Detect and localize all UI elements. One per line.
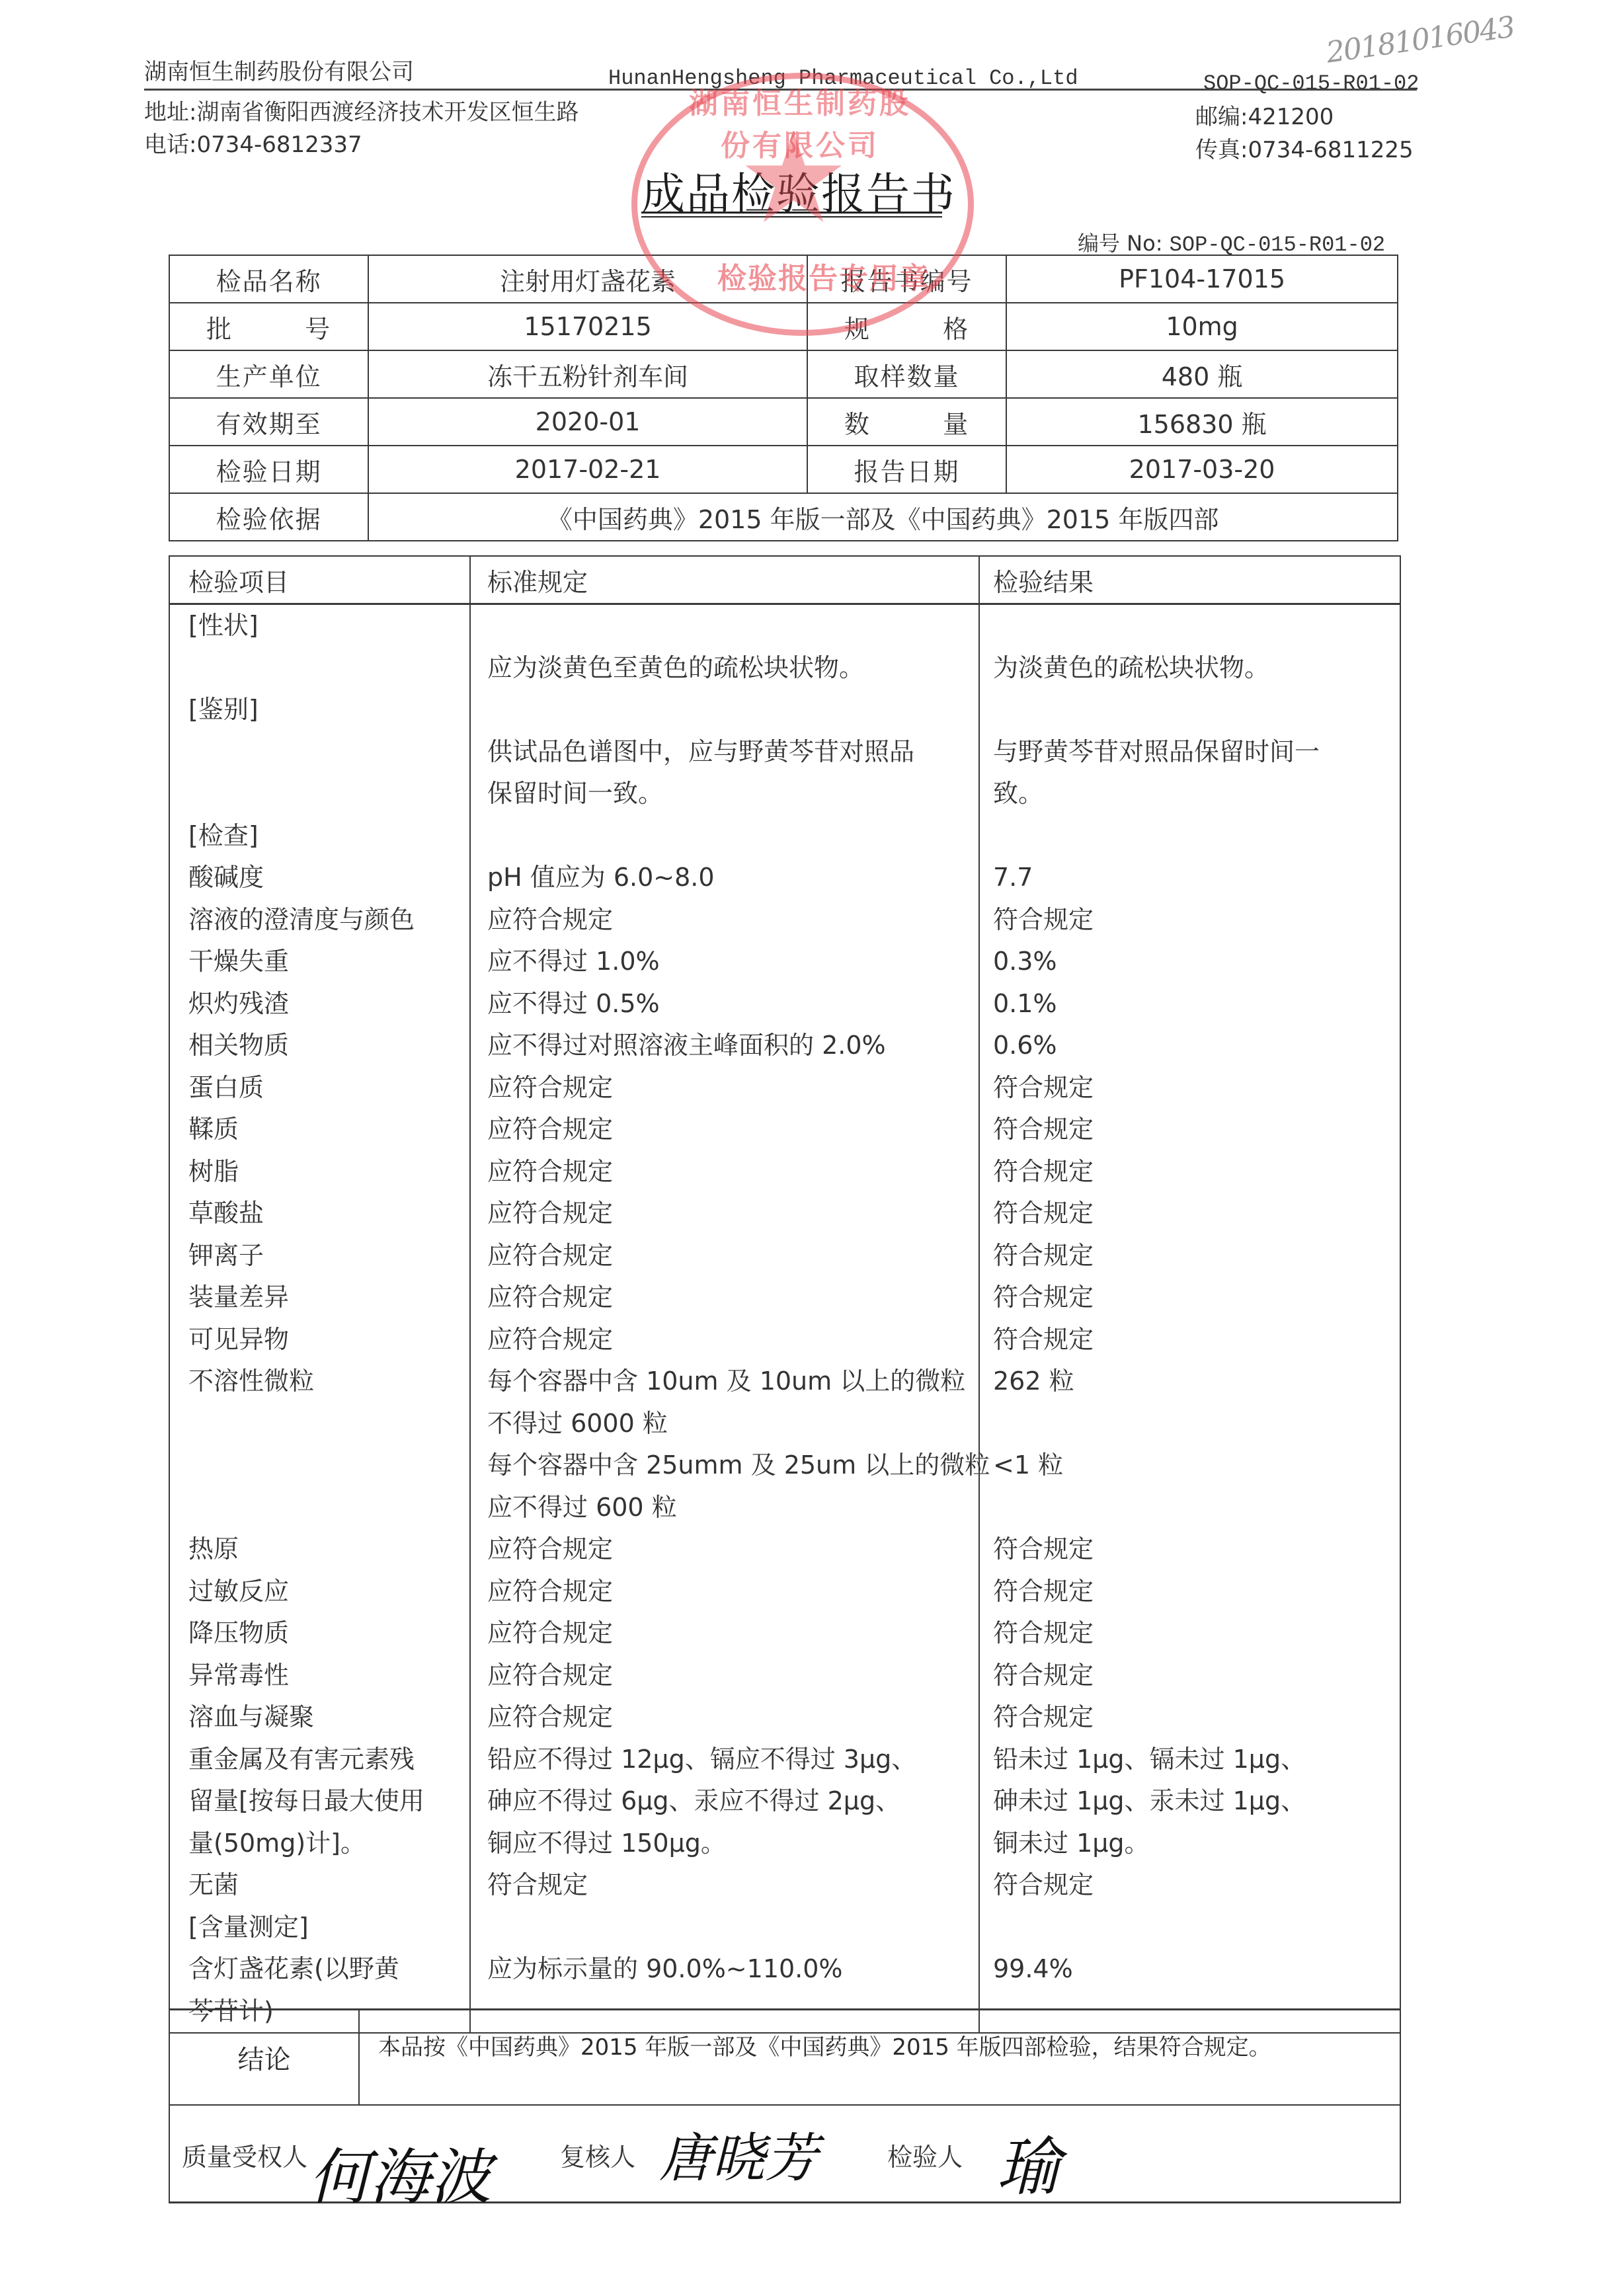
- basis-value: 《中国药典》2015 年版一部及《中国药典》2015 年版四部: [368, 493, 1398, 541]
- test-result-line: 与野黄芩苷对照品保留时间一: [993, 731, 1400, 773]
- company-name-cn: 湖南恒生制药股份有限公司: [144, 61, 414, 83]
- test-result-line: 砷未过 1μg、汞未过 1μg、: [993, 1780, 1400, 1823]
- handwritten-archive-number: 20181016043: [1324, 10, 1516, 69]
- test-result-line: 符合规定: [993, 1696, 1400, 1739]
- test-item-line: 酸碱度: [188, 857, 469, 899]
- signature-row: 质量受权人 何海波 复核人 唐晓芳 检验人 瑜: [169, 2102, 1401, 2203]
- test-standard-line: [487, 1907, 979, 1949]
- info-row: 检验日期 2017-02-21 报告日期 2017-03-20: [169, 446, 1398, 493]
- test-result-line: 符合规定: [993, 899, 1400, 941]
- test-result-line: 符合规定: [993, 1109, 1400, 1151]
- doc-number-value: SOP-QC-015-R01-02: [1170, 233, 1385, 257]
- inspector-label: 检验人: [887, 2137, 963, 2173]
- test-item-line: 草酸盐: [188, 1193, 469, 1235]
- test-item-line: 装量差异: [188, 1277, 469, 1319]
- report-date-value: 2017-03-20: [1006, 446, 1398, 493]
- test-standard-line: 符合规定: [487, 1864, 979, 1907]
- test-item-line: [188, 1403, 469, 1445]
- test-result-line: 0.3%: [993, 941, 1400, 983]
- test-standard-line: 应为标示量的 90.0%~110.0%: [487, 1948, 979, 1991]
- batch-label: 批号: [169, 303, 368, 350]
- quantity-label-part: 量: [943, 404, 969, 440]
- inspector-signature: 瑜: [996, 2117, 1060, 2207]
- test-result-line: [993, 815, 1400, 857]
- test-item-line: 相关物质: [188, 1025, 469, 1067]
- header-standard: 标准规定: [471, 557, 980, 603]
- product-name-value: 注射用灯盏花素: [368, 255, 807, 303]
- batch-label-part: 号: [305, 309, 331, 345]
- test-standard-line: 应符合规定: [487, 899, 979, 941]
- test-result-line: [993, 689, 1400, 731]
- test-item-line: 鞣质: [188, 1109, 469, 1151]
- test-standard-line: 应符合规定: [487, 1193, 979, 1235]
- info-row: 批号 15170215 规格 10mg: [169, 303, 1398, 350]
- test-result-line: 符合规定: [993, 1528, 1400, 1571]
- test-standard-line: 应不得过 1.0%: [487, 941, 979, 983]
- test-item-line: 溶液的澄清度与颜色: [188, 899, 469, 941]
- test-table-body: [性状][鉴别][检查]酸碱度溶液的澄清度与颜色干燥失重炽灼残渣相关物质蛋白质鞣…: [170, 605, 1400, 2032]
- info-row: 检验依据 《中国药典》2015 年版一部及《中国药典》2015 年版四部: [169, 493, 1398, 541]
- product-info-table: 检品名称 注射用灯盏花素 报告书编号 PF104-17015 批号 151702…: [169, 255, 1398, 541]
- expiry-label: 有效期至: [169, 398, 368, 446]
- test-item-line: 无菌: [188, 1864, 469, 1907]
- test-result-column: 为淡黄色的疏松块状物。与野黄芩苷对照品保留时间一致。7.7符合规定0.3%0.1…: [980, 605, 1400, 2032]
- test-item-line: [鉴别]: [188, 689, 469, 731]
- test-item-line: 留量[按每日最大使用: [188, 1780, 469, 1823]
- test-standard-line: [487, 815, 979, 857]
- sample-qty-value: 480 瓶: [1006, 350, 1398, 398]
- batch-label-part: 批: [206, 309, 233, 345]
- test-standard-line: 应符合规定: [487, 1528, 979, 1571]
- test-standard-line: 应不得过 600 粒: [487, 1487, 979, 1529]
- test-result-line: [993, 1487, 1400, 1529]
- conclusion-row: 结论 本品按《中国药典》2015 年版一部及《中国药典》2015 年版四部检验，…: [169, 2008, 1401, 2106]
- test-item-line: [含量测定]: [188, 1907, 469, 1949]
- test-standard-line: 应为淡黄色至黄色的疏松块状物。: [487, 647, 979, 690]
- expiry-value: 2020-01: [368, 398, 807, 446]
- report-no-label: 报告书编号: [807, 255, 1006, 303]
- conclusion-label: 结论: [170, 2010, 360, 2104]
- test-item-column: [性状][鉴别][检查]酸碱度溶液的澄清度与颜色干燥失重炽灼残渣相关物质蛋白质鞣…: [170, 605, 471, 2032]
- test-result-line: 7.7: [993, 857, 1400, 899]
- test-result-line: 0.6%: [993, 1025, 1400, 1067]
- test-item-line: 蛋白质: [188, 1067, 469, 1109]
- test-standard-line: pH 值应为 6.0~8.0: [487, 857, 979, 899]
- test-standard-line: [487, 605, 979, 647]
- test-standard-line: 铅应不得过 12μg、镉应不得过 3μg、: [487, 1739, 979, 1781]
- test-standard-line: 铜应不得过 150μg。: [487, 1823, 979, 1865]
- spec-label-part: 格: [943, 309, 969, 345]
- quantity-label-part: 数: [844, 404, 871, 440]
- test-standard-line: 保留时间一致。: [487, 773, 979, 815]
- qa-signature: 何海波: [309, 2129, 491, 2216]
- test-date-label: 检验日期: [169, 446, 368, 493]
- fax: 传真:0734-6811225: [1195, 139, 1414, 161]
- title-underline-second: [641, 216, 942, 218]
- header-item: 检验项目: [170, 557, 471, 603]
- test-standard-line: 应符合规定: [487, 1571, 979, 1613]
- producer-value: 冻干五粉针剂车间: [368, 350, 807, 398]
- test-item-line: 异常毒性: [188, 1655, 469, 1697]
- spec-value: 10mg: [1006, 303, 1398, 350]
- test-results-table: 检验项目 标准规定 检验结果 [性状][鉴别][检查]酸碱度溶液的澄清度与颜色干…: [169, 555, 1401, 2034]
- spec-label: 规格: [807, 303, 1006, 350]
- info-row: 生产单位 冻干五粉针剂车间 取样数量 480 瓶: [169, 350, 1398, 398]
- test-standard-line: 应不得过对照溶液主峰面积的 2.0%: [487, 1025, 979, 1067]
- test-item-line: 可见异物: [188, 1319, 469, 1361]
- test-standard-line: 供试品色谱图中，应与野黄芩苷对照品: [487, 731, 979, 773]
- test-standard-line: 应符合规定: [487, 1655, 979, 1697]
- seal-ring-text: 湖南恒生制药股份有限公司: [674, 79, 926, 164]
- test-standard-line: 应符合规定: [487, 1277, 979, 1319]
- test-item-line: 炽灼残渣: [188, 983, 469, 1025]
- test-standard-line: 不得过 6000 粒: [487, 1403, 979, 1445]
- test-item-line: 不溶性微粒: [188, 1361, 469, 1403]
- header-divider: [144, 89, 1417, 91]
- test-result-line: 0.1%: [993, 983, 1400, 1025]
- test-result-line: 符合规定: [993, 1235, 1400, 1277]
- test-result-line: 符合规定: [993, 1655, 1400, 1697]
- test-item-line: [188, 773, 469, 815]
- qa-label: 质量受权人: [182, 2137, 307, 2173]
- test-item-line: 溶血与凝聚: [188, 1696, 469, 1739]
- phone: 电话:0734-6812337: [144, 134, 362, 156]
- test-standard-line: 应符合规定: [487, 1235, 979, 1277]
- info-row: 检品名称 注射用灯盏花素 报告书编号 PF104-17015: [169, 255, 1398, 303]
- test-result-line: 符合规定: [993, 1864, 1400, 1907]
- test-standard-line: 应符合规定: [487, 1151, 979, 1193]
- test-result-line: 符合规定: [993, 1571, 1400, 1613]
- test-standard-line: 应符合规定: [487, 1319, 979, 1361]
- company-address: 地址:湖南省衡阳西渡经济技术开发区恒生路: [144, 101, 579, 124]
- test-standard-line: 应符合规定: [487, 1067, 979, 1109]
- test-item-line: [188, 647, 469, 690]
- test-table-header: 检验项目 标准规定 检验结果: [170, 557, 1400, 605]
- test-standard-line: 应不得过 0.5%: [487, 983, 979, 1025]
- report-no-value: PF104-17015: [1006, 255, 1398, 303]
- test-result-line: [993, 1907, 1400, 1949]
- company-name-en: HunanHengsheng Pharmaceutical Co.,Ltd: [608, 66, 1078, 91]
- test-result-line: <1 粒: [993, 1445, 1400, 1487]
- info-row: 有效期至 2020-01 数量 156830 瓶: [169, 398, 1398, 446]
- test-item-line: 热原: [188, 1528, 469, 1571]
- doc-number: 编号 No: SOP-QC-015-R01-02: [1078, 227, 1385, 257]
- test-item-line: [性状]: [188, 605, 469, 647]
- test-item-line: 量(50mg)计]。: [188, 1823, 469, 1865]
- title-underline: [641, 212, 942, 214]
- spec-label-part: 规: [844, 309, 871, 345]
- product-name-label: 检品名称: [169, 255, 368, 303]
- test-item-line: [检查]: [188, 815, 469, 857]
- test-item-line: 含灯盏花素(以野黄: [188, 1948, 469, 1991]
- test-standard-line: 砷应不得过 6μg、汞应不得过 2μg、: [487, 1780, 979, 1823]
- test-result-line: 符合规定: [993, 1067, 1400, 1109]
- test-item-line: [188, 1445, 469, 1487]
- test-result-line: 262 粒: [993, 1361, 1400, 1403]
- test-standard-line: 应符合规定: [487, 1612, 979, 1655]
- test-result-line: 致。: [993, 773, 1400, 815]
- batch-value: 15170215: [368, 303, 807, 350]
- test-result-line: [993, 1403, 1400, 1445]
- reviewer-signature: 唐晓芳: [659, 2116, 818, 2192]
- test-result-line: 符合规定: [993, 1151, 1400, 1193]
- basis-label: 检验依据: [169, 493, 368, 541]
- test-item-line: 重金属及有害元素残: [188, 1739, 469, 1781]
- test-item-line: [188, 1487, 469, 1529]
- test-result-line: 铜未过 1μg。: [993, 1823, 1400, 1865]
- test-result-line: 符合规定: [993, 1319, 1400, 1361]
- test-item-line: 过敏反应: [188, 1571, 469, 1613]
- test-standard-line: 每个容器中含 25umm 及 25um 以上的微粒: [487, 1445, 979, 1487]
- test-item-line: 降压物质: [188, 1612, 469, 1655]
- reviewer-label: 复核人: [560, 2137, 635, 2173]
- test-standard-line: 应符合规定: [487, 1696, 979, 1739]
- test-date-value: 2017-02-21: [368, 446, 807, 493]
- test-item-line: [188, 731, 469, 773]
- producer-label: 生产单位: [169, 350, 368, 398]
- test-result-line: 铅未过 1μg、镉未过 1μg、: [993, 1739, 1400, 1781]
- test-result-line: 符合规定: [993, 1277, 1400, 1319]
- sample-qty-label: 取样数量: [807, 350, 1006, 398]
- test-result-line: [993, 605, 1400, 647]
- header-result: 检验结果: [980, 557, 1400, 603]
- test-item-line: 树脂: [188, 1151, 469, 1193]
- quantity-value: 156830 瓶: [1006, 398, 1398, 446]
- test-result-line: 99.4%: [993, 1948, 1400, 1991]
- quantity-label: 数量: [807, 398, 1006, 446]
- postcode: 邮编:421200: [1195, 106, 1334, 128]
- test-result-line: 为淡黄色的疏松块状物。: [993, 647, 1400, 690]
- test-standard-line: 每个容器中含 10um 及 10um 以上的微粒: [487, 1361, 979, 1403]
- test-standard-column: 应为淡黄色至黄色的疏松块状物。供试品色谱图中，应与野黄芩苷对照品保留时间一致。p…: [471, 605, 980, 2032]
- test-item-line: 干燥失重: [188, 941, 469, 983]
- test-standard-line: 应符合规定: [487, 1109, 979, 1151]
- doc-number-label: 编号 No:: [1078, 231, 1162, 256]
- test-result-line: 符合规定: [993, 1193, 1400, 1235]
- conclusion-text: 本品按《中国药典》2015 年版一部及《中国药典》2015 年版四部检验，结果符…: [360, 2010, 1400, 2104]
- test-result-line: 符合规定: [993, 1612, 1400, 1655]
- report-date-label: 报告日期: [807, 446, 1006, 493]
- form-code: SOP-QC-015-R01-02: [1203, 71, 1419, 96]
- test-item-line: 钾离子: [188, 1235, 469, 1277]
- test-standard-line: [487, 689, 979, 731]
